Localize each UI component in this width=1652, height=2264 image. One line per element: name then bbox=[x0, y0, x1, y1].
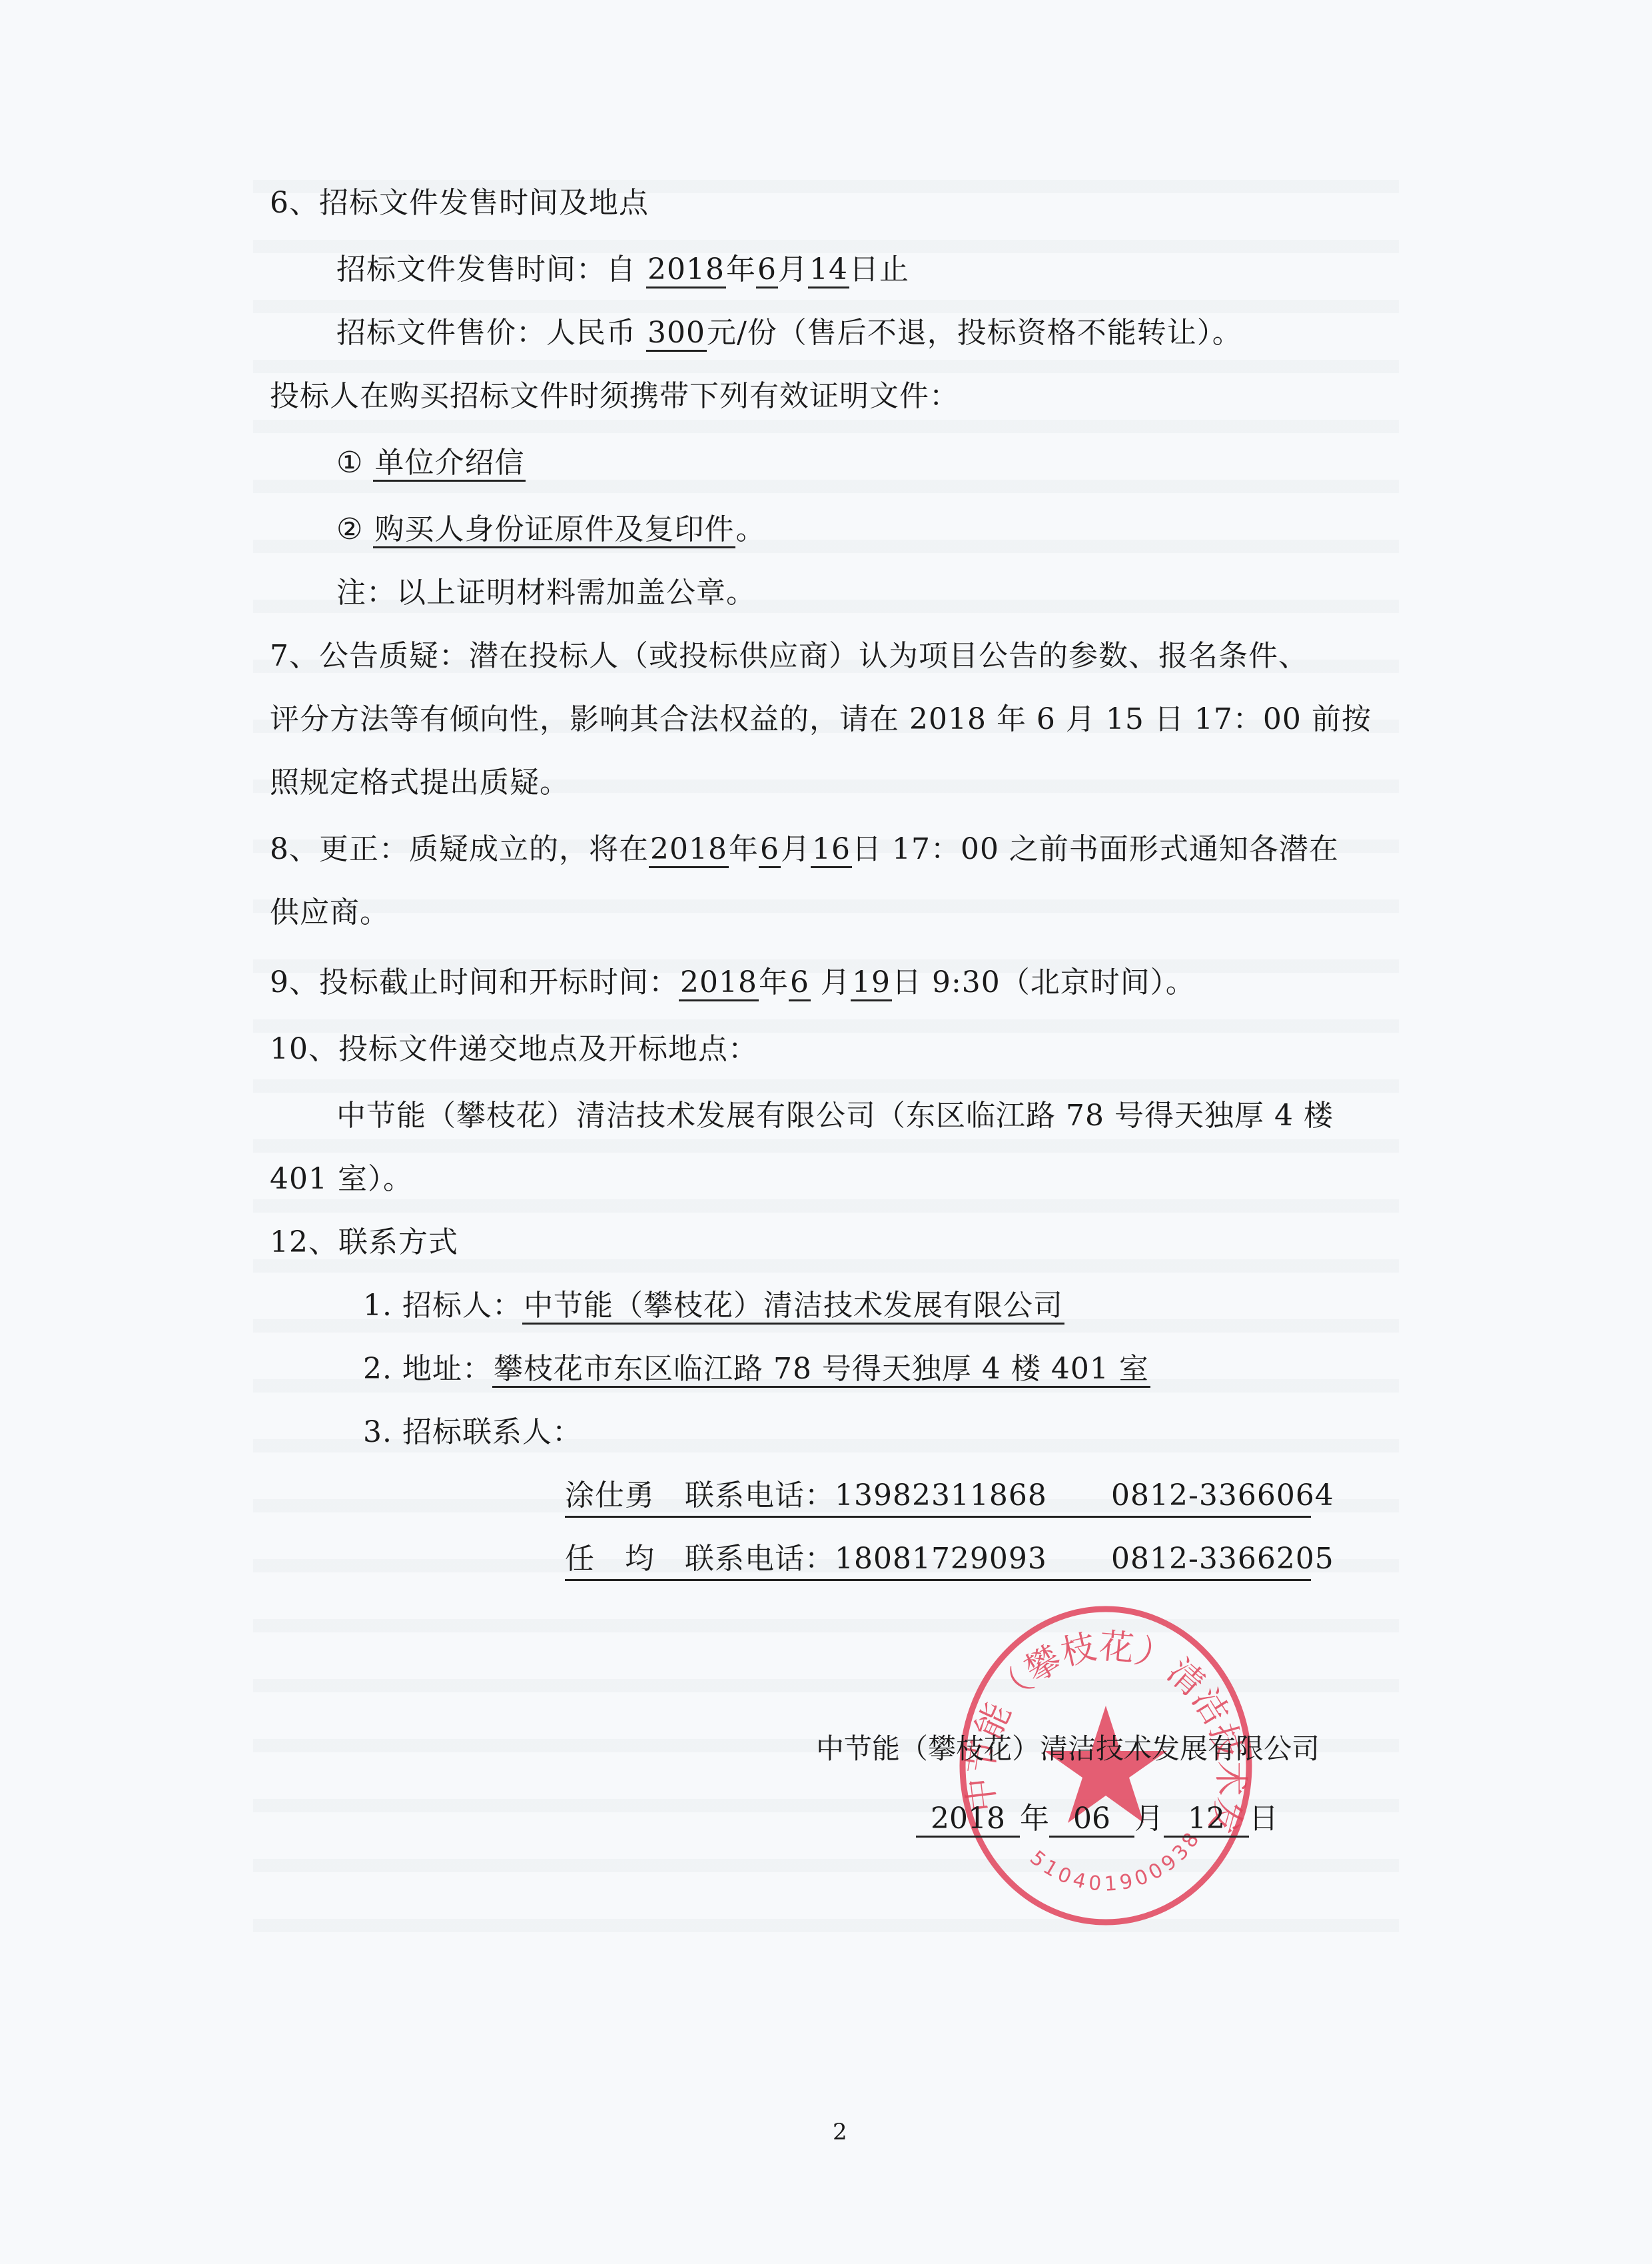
s8-month: 6 bbox=[759, 832, 781, 868]
s8-year: 2018 bbox=[649, 832, 729, 868]
sale-time-line: 招标文件发售时间：自 2018年6月14日止 bbox=[336, 250, 909, 290]
s8-month-suffix: 月 bbox=[781, 832, 811, 866]
sig-day: 12 bbox=[1164, 1802, 1249, 1838]
price-value: 300 bbox=[646, 316, 707, 352]
section-9-line: 9、投标截止时间和开标时间：2018年6 月19日 9:30（北京时间）。 bbox=[270, 963, 1196, 1003]
doc-1-text: 单位介绍信 bbox=[373, 446, 526, 482]
doc-2-tail: 。 bbox=[735, 512, 765, 546]
contact-landline: 0812-3366064 bbox=[1111, 1476, 1334, 1516]
doc-2-text: 购买人身份证原件及复印件 bbox=[373, 512, 735, 548]
contact-name: 任 均 bbox=[565, 1542, 655, 1576]
s9-day: 19 bbox=[851, 965, 892, 1001]
contact-mobile: 13982311868 bbox=[835, 1478, 1047, 1512]
tenderer-name: 中节能（攀枝花）清洁技术发展有限公司 bbox=[522, 1289, 1064, 1325]
contacts-label: 3. 招标联系人： bbox=[363, 1413, 582, 1452]
section-10-line-1: 中节能（攀枝花）清洁技术发展有限公司（东区临江路 78 号得天独厚 4 楼 bbox=[336, 1096, 1334, 1136]
s9-day-suffix: 日 9:30（北京时间）。 bbox=[892, 965, 1196, 999]
day-suffix: 日止 bbox=[849, 253, 909, 286]
section-7-line-3: 照规定格式提出质疑。 bbox=[270, 763, 570, 803]
contact-row: 涂仕勇 联系电话：13982311868 0812-3366064 bbox=[565, 1476, 1311, 1518]
doc-item-2: ② 购买人身份证原件及复印件。 bbox=[336, 510, 765, 550]
address-label: 2. 地址： bbox=[363, 1352, 492, 1386]
phone-label: 联系电话： bbox=[685, 1542, 835, 1576]
sig-year: 2018 bbox=[916, 1802, 1020, 1838]
s9-year-suffix: 年 bbox=[759, 965, 789, 999]
s8-day-suffix: 日 17：00 之前书面形式通知各潜在 bbox=[852, 832, 1339, 866]
contact-landline: 0812-3366205 bbox=[1111, 1539, 1334, 1579]
tenderer-label: 1. 招标人： bbox=[363, 1289, 522, 1323]
tenderer-line: 1. 招标人：中节能（攀枝花）清洁技术发展有限公司 bbox=[363, 1286, 1064, 1326]
signature-company: 中节能（攀枝花）清洁技术发展有限公司 bbox=[816, 1729, 1320, 1769]
sale-month: 6 bbox=[756, 253, 778, 288]
contact-name: 涂仕勇 bbox=[565, 1478, 655, 1512]
section-6-heading: 6、招标文件发售时间及地点 bbox=[270, 183, 649, 223]
docs-intro: 投标人在购买招标文件时须携带下列有效证明文件： bbox=[270, 376, 959, 416]
s9-month: 6 bbox=[789, 965, 811, 1001]
section-12-heading: 12、联系方式 bbox=[270, 1223, 458, 1263]
signature-date: 2018年06月12日 bbox=[916, 1799, 1278, 1839]
address-value: 攀枝花市东区临江路 78 号得天独厚 4 楼 401 室 bbox=[492, 1352, 1150, 1388]
price-suffix: 元/份（售后不退，投标资格不能转让）。 bbox=[707, 316, 1242, 350]
s9-year: 2018 bbox=[679, 965, 759, 1001]
s8-year-suffix: 年 bbox=[729, 832, 759, 866]
note-line: 注：以上证明材料需加盖公章。 bbox=[336, 573, 756, 613]
sale-year: 2018 bbox=[646, 253, 726, 288]
sig-day-suffix: 日 bbox=[1249, 1802, 1278, 1836]
section-10-line-2: 401 室）。 bbox=[270, 1159, 413, 1199]
s9-month-suffix: 月 bbox=[821, 965, 851, 999]
price-prefix: 招标文件售价：人民币 bbox=[336, 316, 636, 350]
s8-day: 16 bbox=[811, 832, 852, 868]
page-number: 2 bbox=[833, 2119, 847, 2145]
price-line: 招标文件售价：人民币 300元/份（售后不退，投标资格不能转让）。 bbox=[336, 313, 1242, 353]
sale-day: 14 bbox=[808, 253, 849, 288]
section-10-heading: 10、投标文件递交地点及开标地点： bbox=[270, 1029, 758, 1069]
doc-item-1: ① 单位介绍信 bbox=[336, 443, 526, 483]
phone-label: 联系电话： bbox=[685, 1478, 835, 1512]
section-8-line-1: 8、更正：质疑成立的，将在2018年6月16日 17：00 之前书面形式通知各潜… bbox=[270, 830, 1339, 869]
sig-month: 06 bbox=[1049, 1802, 1134, 1838]
s8-prefix: 8、更正：质疑成立的，将在 bbox=[270, 832, 649, 866]
contact-mobile: 18081729093 bbox=[835, 1542, 1047, 1576]
section-7-line-1: 7、公告质疑：潜在投标人（或投标供应商）认为项目公告的参数、报名条件、 bbox=[270, 636, 1308, 676]
circled-two-icon: ② bbox=[336, 512, 363, 546]
sale-time-prefix: 招标文件发售时间：自 bbox=[336, 253, 636, 286]
section-7-line-2: 评分方法等有倾向性，影响其合法权益的，请在 2018 年 6 月 15 日 17… bbox=[270, 700, 1372, 740]
month-suffix: 月 bbox=[778, 253, 808, 286]
sig-year-suffix: 年 bbox=[1020, 1802, 1049, 1836]
contact-row: 任 均 联系电话：18081729093 0812-3366205 bbox=[565, 1539, 1311, 1581]
year-suffix: 年 bbox=[726, 253, 756, 286]
s9-prefix: 9、投标截止时间和开标时间： bbox=[270, 965, 679, 999]
section-8-line-2: 供应商。 bbox=[270, 893, 390, 933]
sig-month-suffix: 月 bbox=[1134, 1802, 1164, 1836]
address-line: 2. 地址：攀枝花市东区临江路 78 号得天独厚 4 楼 401 室 bbox=[363, 1349, 1150, 1389]
circled-one-icon: ① bbox=[336, 446, 363, 480]
